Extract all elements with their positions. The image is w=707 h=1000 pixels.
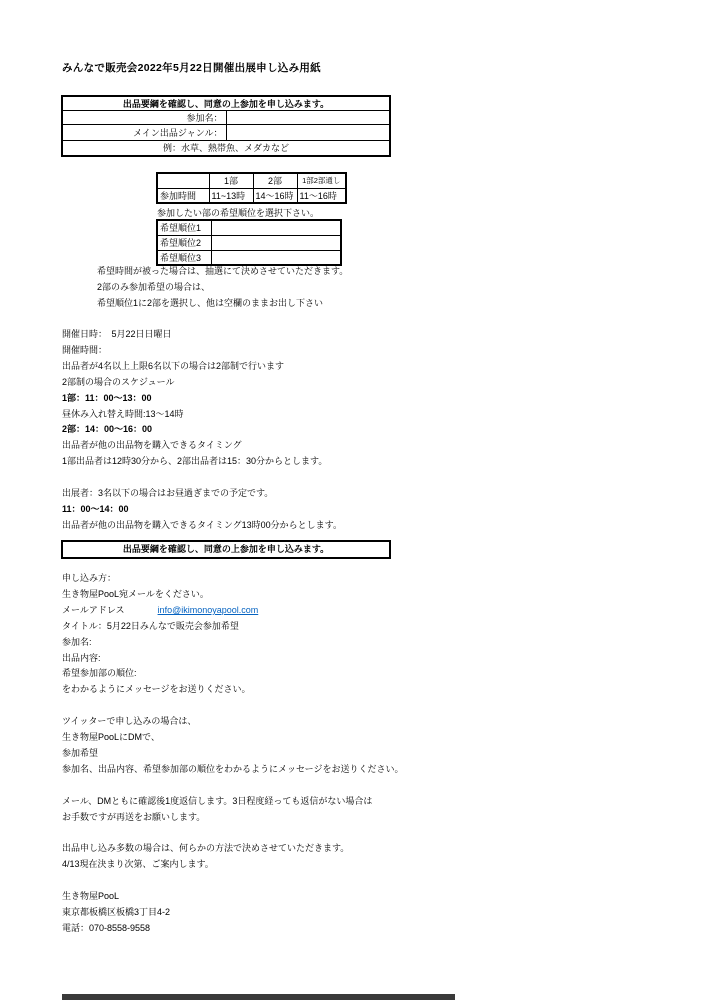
agreement-table: 出品要綱を確認し、同意の上参加を申し込みます。 参加名： メイン出品ジャンル： …	[61, 95, 391, 157]
table-row: 希望順位2	[157, 235, 341, 250]
apply-line: 参加名、出品内容、希望参加部の順位をわかるようにメッセージをお送りください。	[62, 762, 403, 778]
session-both-time: 11～16時	[297, 188, 346, 203]
rank1-label: 希望順位1	[157, 220, 211, 235]
table-row: 参加名：	[62, 111, 390, 125]
schedule-line: 出品者が他の出品物を購入できるタイミング	[62, 438, 342, 454]
application-form-document: みんなで販売会2022年5月22日開催出展申し込み用紙 出品要綱を確認し、同意の…	[0, 0, 707, 1000]
session2-header: 2部	[253, 173, 297, 188]
application-instructions-section: 申し込み方： 生き物屋PooL宛メールをください。 メールアドレスinfo@ik…	[62, 571, 403, 937]
schedule-line: 出品者が他の出品物を購入できるタイミング13時00分からとします。	[62, 518, 342, 534]
page-bottom-bar	[62, 994, 455, 1000]
apply-line: 希望参加部の順位:	[62, 666, 403, 682]
blank-line	[62, 698, 403, 714]
table-row: メイン出品ジャンル：	[62, 125, 390, 141]
session2-time: 14～16時	[253, 188, 297, 203]
table-row: 1部 2部 1部2部通し	[157, 173, 346, 188]
note-line: 希望順位1に2部を選択し、他は空欄のままお出し下さい	[97, 296, 348, 312]
session1-hours: 1部：11：00～13：00	[62, 391, 342, 407]
agreement-heading: 出品要綱を確認し、同意の上参加を申し込みます。	[62, 96, 390, 111]
email-label: メールアドレス	[62, 605, 125, 615]
apply-line: 4/13現在決まり次第、ご案内します。	[62, 857, 403, 873]
apply-line: 生き物屋PooLにDMで、	[62, 730, 403, 746]
session2-hours: 2部：14：00～16：00	[62, 422, 342, 438]
shop-name: 生き物屋PooL	[62, 889, 403, 905]
participant-name-field[interactable]	[226, 111, 390, 125]
main-genre-field[interactable]	[226, 125, 390, 141]
session-both-header: 1部2部通し	[297, 173, 346, 188]
blank-line	[62, 778, 403, 794]
rank2-label: 希望順位2	[157, 235, 211, 250]
schedule-line: 出品者が4名以上上限6名以下の場合は2部制で行います	[62, 359, 342, 375]
apply-line: タイトル：5月22日みんなで販売会参加希望	[62, 619, 403, 635]
email-link[interactable]: info@ikimonoyapool.com	[158, 605, 259, 615]
apply-line: 出品申し込み多数の場合は、何らかの方法で決めさせていただきます。	[62, 841, 403, 857]
preference-notes: 希望時間が被った場合は、抽選にて決めさせていただきます。 2部のみ参加希望の場合…	[97, 264, 348, 312]
apply-line: 参加名:	[62, 635, 403, 651]
schedule-line: 開催日時： 5月22日日曜日	[62, 327, 342, 343]
session1-header: 1部	[209, 173, 253, 188]
blank-line	[62, 470, 342, 486]
table-row: 参加時間 11~13時 14～16時 11～16時	[157, 188, 346, 203]
empty-corner-cell	[157, 173, 209, 188]
preference-instruction: 参加したい部の希望順位を選択下さい。	[157, 206, 319, 219]
apply-line: 生き物屋PooL宛メールをください。	[62, 587, 403, 603]
single-session-hours: 11：00～14：00	[62, 502, 342, 518]
shop-address: 東京都板橋区板橋3丁目4-2	[62, 905, 403, 921]
rank3-field[interactable]	[211, 250, 341, 265]
schedule-line: 昼休み入れ替え時間:13～14時	[62, 407, 342, 423]
schedule-line: 2部制の場合のスケジュール	[62, 375, 342, 391]
event-schedule-section: 開催日時： 5月22日日曜日 開催時間： 出品者が4名以上上限6名以下の場合は2…	[62, 327, 342, 534]
session-time-table: 1部 2部 1部2部通し 参加時間 11~13時 14～16時 11～16時	[156, 172, 347, 204]
apply-line: お手数ですが再送をお願いします。	[62, 810, 403, 826]
rank2-field[interactable]	[211, 235, 341, 250]
preference-rank-table: 希望順位1 希望順位2 希望順位3	[156, 219, 342, 266]
page-title: みんなで販売会2022年5月22日開催出展申し込み用紙	[62, 60, 321, 75]
apply-line: 参加希望	[62, 746, 403, 762]
participation-time-label: 参加時間	[157, 188, 209, 203]
email-line: メールアドレスinfo@ikimonoyapool.com	[62, 603, 403, 619]
main-genre-label: メイン出品ジャンル：	[62, 125, 226, 141]
apply-line: 出品内容:	[62, 651, 403, 667]
genre-example-note: 例：水草、熱帯魚、メダカなど	[62, 141, 390, 156]
schedule-line: 開催時間：	[62, 343, 342, 359]
schedule-line: 出展者：3名以下の場合はお昼過ぎまでの予定です。	[62, 486, 342, 502]
note-line: 2部のみ参加希望の場合は、	[97, 280, 348, 296]
rank3-label: 希望順位3	[157, 250, 211, 265]
participant-name-label: 参加名：	[62, 111, 226, 125]
table-row: 出品要綱を確認し、同意の上参加を申し込みます。	[62, 96, 390, 111]
apply-line: ツイッターで申し込みの場合は、	[62, 714, 403, 730]
note-line: 希望時間が被った場合は、抽選にて決めさせていただきます。	[97, 264, 348, 280]
blank-line	[62, 873, 403, 889]
apply-line: メール、DMともに確認後1度返信します。3日程度経っても返信がない場合は	[62, 794, 403, 810]
table-row: 希望順位1	[157, 220, 341, 235]
table-row: 希望順位3	[157, 250, 341, 265]
session1-time: 11~13時	[209, 188, 253, 203]
blank-line	[62, 825, 403, 841]
shop-phone: 電話：070-8558-9558	[62, 921, 403, 937]
schedule-line: 1部出品者は12時30分から、2部出品者は15：30分からとします。	[62, 454, 342, 470]
apply-line: 申し込み方：	[62, 571, 403, 587]
agreement-banner: 出品要綱を確認し、同意の上参加を申し込みます。	[61, 540, 391, 559]
table-row: 例：水草、熱帯魚、メダカなど	[62, 141, 390, 156]
apply-line: をわかるようにメッセージをお送りください。	[62, 682, 403, 698]
rank1-field[interactable]	[211, 220, 341, 235]
